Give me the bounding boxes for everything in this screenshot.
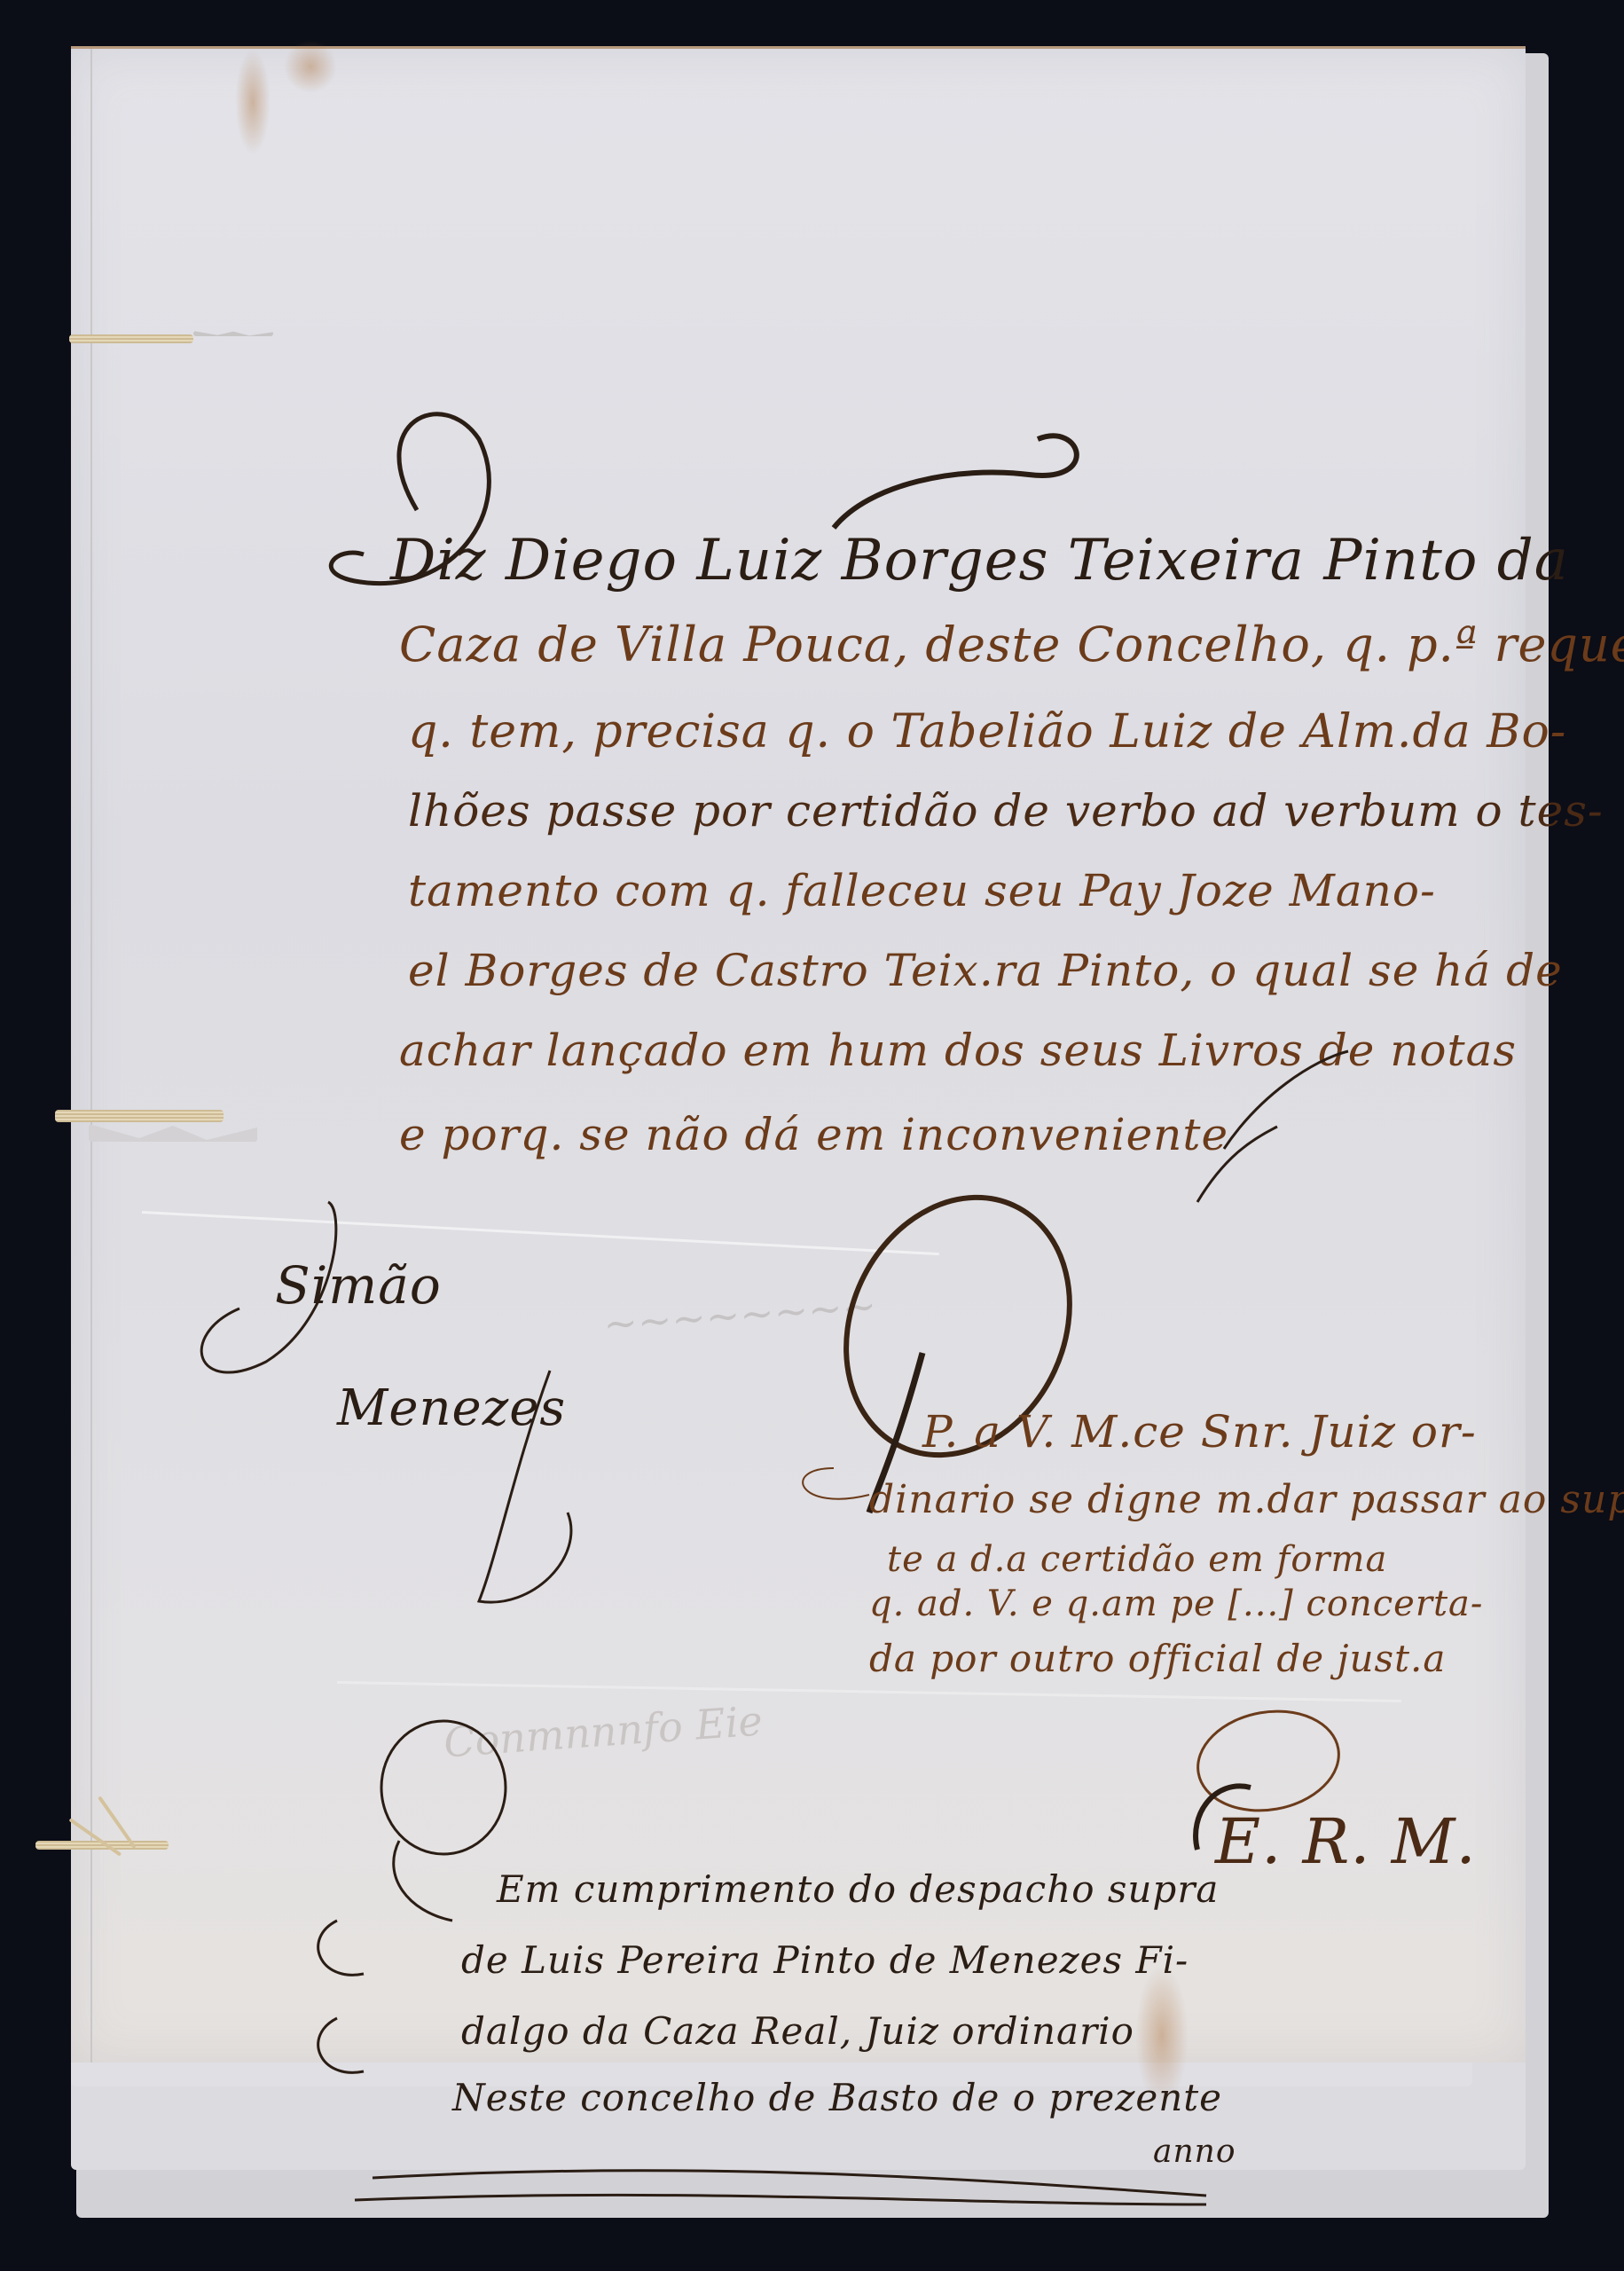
cumprimento-line: anno	[1153, 2133, 1236, 2170]
despacho-line: dinario se digne m.dar passar ao sup.	[869, 1477, 1624, 1522]
despacho-closing: E. R. M.	[1215, 1805, 1477, 1878]
despacho-line: q. ad. V. e q.am pe [...] concerta-	[869, 1583, 1483, 1624]
cumprimento-line: Em cumprimento do despacho supra	[497, 1867, 1219, 1911]
calligraphic-flourishes	[71, 49, 1526, 2063]
signature-line: Menezes	[337, 1379, 566, 1437]
despacho-line: da por outro official de just.a	[869, 1637, 1446, 1680]
despacho-line: P. a V. M.ce Snr. Juiz or-	[922, 1406, 1477, 1458]
despacho-line: te a d.a certidão em forma	[887, 1539, 1387, 1580]
manuscript-page: Conmnnnfo Eie ~~~~~~~~ Diz Diego Luiz Bo…	[71, 46, 1526, 2063]
signature-line: Simão	[275, 1255, 442, 1316]
cumprimento-line: de Luis Pereira Pinto de Menezes Fi-	[461, 1938, 1189, 1982]
cumprimento-line: Neste concelho de Basto de o prezente	[452, 2076, 1222, 2119]
cumprimento-line: dalgo da Caza Real, Juiz ordinario	[461, 2009, 1134, 2053]
